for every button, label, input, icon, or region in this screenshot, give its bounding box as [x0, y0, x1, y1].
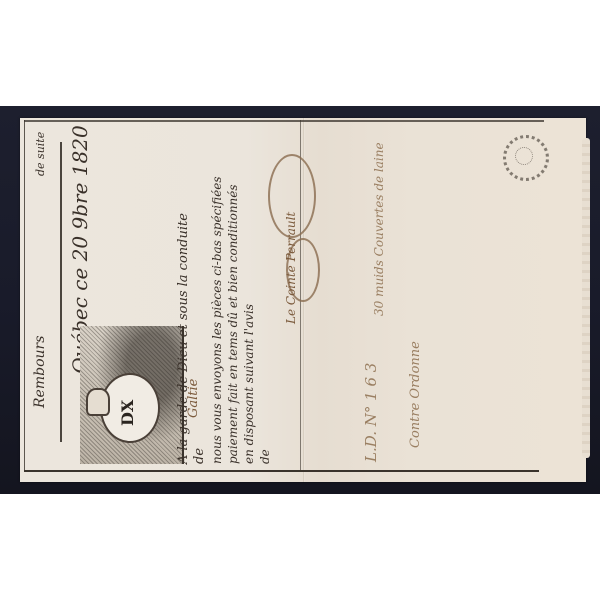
document-sheet: Rembours de suite Québec ce 20 9bre 1820…: [20, 118, 586, 482]
shipping-mark: L.D. N° 1 6 3: [362, 363, 380, 462]
medallion-text: DX: [118, 400, 137, 426]
margin-label: Rembours: [32, 336, 48, 408]
torn-edge: [582, 138, 590, 458]
bottom-rule: [24, 470, 539, 472]
note: Contre Ordonne: [408, 341, 423, 448]
postmark-inner-ring: [515, 147, 533, 165]
body-line-3: nous vous envoyons les pièces ci-bas spé…: [210, 176, 224, 464]
handwritten-name: Galtie: [186, 379, 201, 418]
body-line-2: de: [192, 448, 207, 464]
body-line-6: de: [258, 449, 272, 464]
outer-left-rule: [24, 120, 25, 472]
cargo-description: 30 muids Couvertes de laine: [372, 142, 386, 316]
signature: Le Cointe Perrault: [284, 212, 298, 324]
crown-icon: [86, 388, 110, 416]
margin-mark: de suite: [34, 132, 47, 176]
margin-rule: [60, 142, 62, 442]
body-line-1: A la garde de Dieu et sous la conduite: [176, 213, 191, 464]
body-line-4: paiement fait en tems dû et bien conditi…: [226, 184, 240, 464]
body-line-5: en disposant suivant l'avis: [242, 304, 256, 464]
top-rule: [24, 120, 544, 122]
